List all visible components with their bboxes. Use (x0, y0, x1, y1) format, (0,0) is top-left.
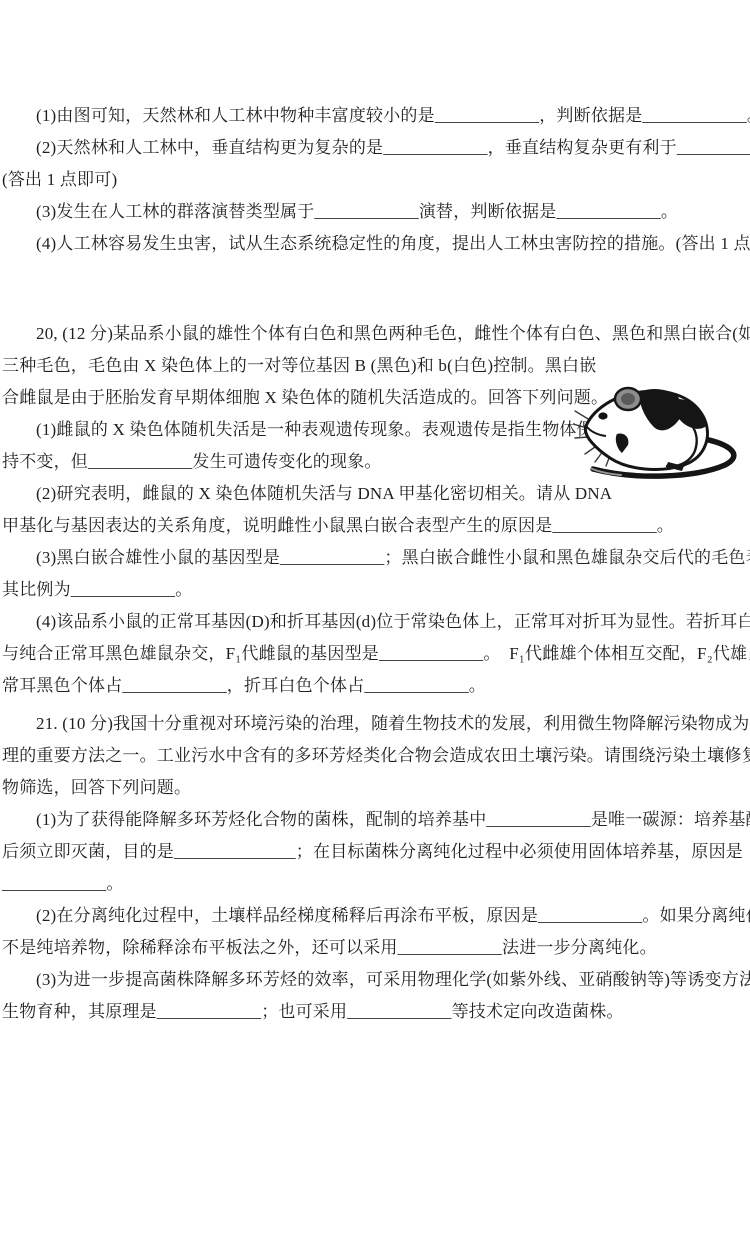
text-line: 生物育种，其原理是____________；也可采用____________等技… (2, 996, 750, 1028)
text-line: (3)为进一步提高菌株降解多环芳烃的效率，可采用物理化学(如紫外线、亚硝酸钠等)… (2, 964, 750, 996)
text-line: 物筛选，回答下列问题。 (2, 772, 750, 804)
question-21: 21. (10 分)我国十分重视对环境污染的治理，随着生物技术的发展，利用微生物… (2, 708, 750, 1028)
text-line: 21. (10 分)我国十分重视对环境污染的治理，随着生物技术的发展，利用微生物… (2, 708, 750, 740)
text-line: (2)天然林和人工林中，垂直结构更为复杂的是____________，垂直结构复… (2, 132, 750, 164)
text-line: (3)发生在人工林的群落演替类型属于____________演替，判断依据是__… (2, 196, 750, 228)
exam-document-page: (1)由图可知，天然林和人工林中物种丰富度较小的是____________，判断… (0, 0, 750, 1254)
mosaic-mouse-illustration-icon (573, 374, 750, 494)
document-text: (1)由图可知，天然林和人工林中物种丰富度较小的是____________，判断… (2, 100, 750, 1028)
text-line: 常耳黑色个体占____________，折耳白色个体占____________。 (2, 670, 750, 702)
text-line: 不是纯培养物，除稀释涂布平板法之外，还可以采用____________法进一步分… (2, 932, 750, 964)
text-line: (3)黑白嵌合雄性小鼠的基因型是____________；黑白嵌合雌性小鼠和黑色… (2, 542, 750, 574)
question-19-subquestions: (1)由图可知，天然林和人工林中物种丰富度较小的是____________，判断… (2, 100, 750, 260)
text-line: 后须立即灭菌，目的是______________；在目标菌株分离纯化过程中必须使… (2, 836, 750, 868)
text-line: 甲基化与基因表达的关系角度，说明雌性小鼠黑白嵌合表型产生的原因是________… (2, 510, 750, 542)
text-line: (4)该品系小鼠的正常耳基因(D)和折耳基因(d)位于常染色体上，正常耳对折耳为… (2, 606, 750, 638)
text-line: (4)人工林容易发生虫害，试从生态系统稳定性的角度，提出人工林虫害防控的措施。(… (2, 228, 750, 260)
text-line: 其比例为____________。 (2, 574, 750, 606)
text-line: 与纯合正常耳黑色雄鼠杂交，F₁代雌鼠的基因型是____________。 F₁代… (2, 638, 750, 670)
text-line: (1)由图可知，天然林和人工林中物种丰富度较小的是____________，判断… (2, 100, 750, 132)
text-line: 20, (12 分)某品系小鼠的雄性个体有白色和黑色两种毛色，雌性个体有白色、黑… (2, 318, 750, 350)
text-line: ____________。 (2, 868, 750, 900)
text-line: (2)在分离纯化过程中，土壤样品经梯度稀释后再涂布平板，原因是_________… (2, 900, 750, 932)
text-line: (答出 1 点即可) (2, 164, 750, 196)
text-line: (1)为了获得能降解多环芳烃化合物的菌株，配制的培养基中____________… (2, 804, 750, 836)
text-line: 理的重要方法之一。工业污水中含有的多环芳烃类化合物会造成农田土壤污染。请围绕污染… (2, 740, 750, 772)
